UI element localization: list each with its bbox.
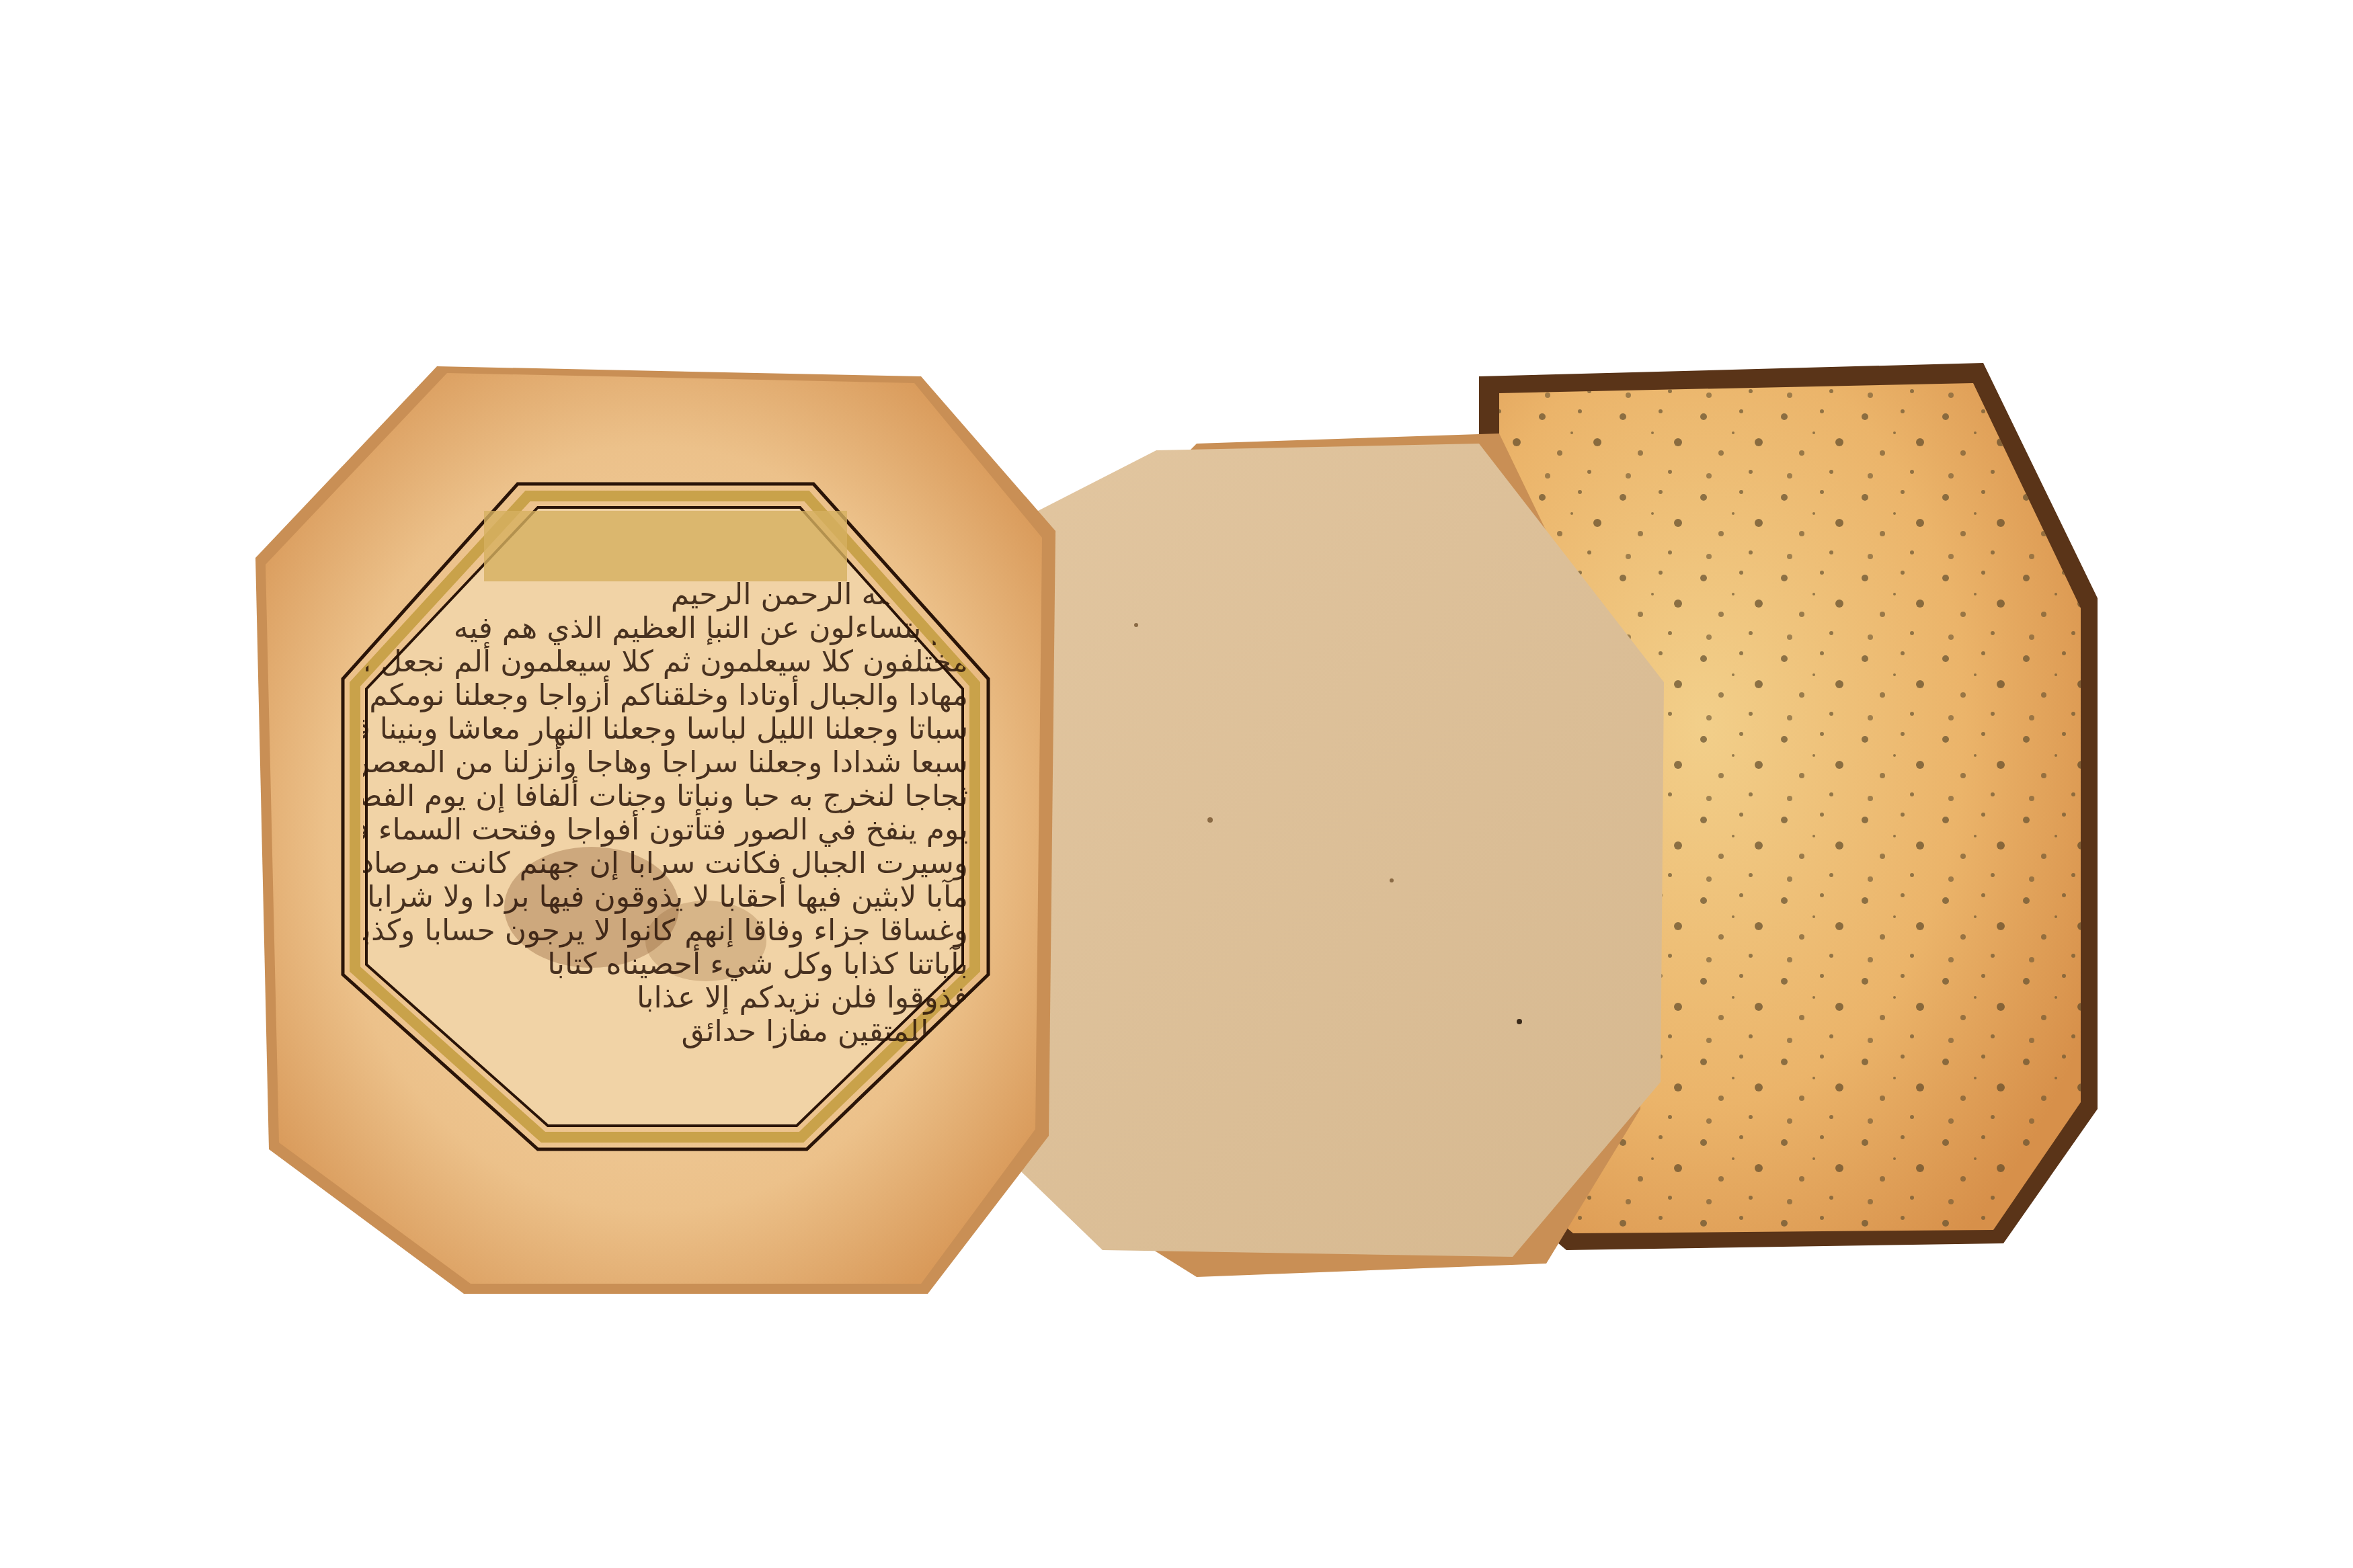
text-line: مختلفون كلا سيعلمون ثم كلا سيعلمون ألم ن…: [363, 645, 968, 679]
gold-header-band: [484, 511, 847, 581]
text-line: مهادا والجبال أوتادا وخلقناكم أزواجا وجع…: [363, 679, 968, 712]
arabic-text-block: بسم الله الرحمن الرحيم عم يتساءلون عن ال…: [363, 578, 968, 1089]
middle-blank-page: [1005, 444, 1664, 1257]
text-line: إن للمتقين مفازا حدائق: [363, 1015, 968, 1048]
text-line: مآبا لابثين فيها أحقابا لا يذوقون فيها ب…: [363, 880, 968, 914]
text-line: فذوقوا فلن نزيدكم إلا عذابا: [363, 981, 968, 1015]
text-line: سباتا وجعلنا الليل لباسا وجعلنا النهار م…: [363, 712, 968, 746]
text-line: وسيرت الجبال فكانت سرابا إن جهنم كانت مر…: [363, 847, 968, 880]
manuscript-photo: [0, 0, 2353, 1568]
text-line: سبعا شدادا وجعلنا سراجا وهاجا وأنزلنا من…: [363, 746, 968, 780]
text-line: عم يتساءلون عن النبإ العظيم الذي هم فيه: [363, 612, 968, 645]
text-line: وغساقا جزاء وفاقا إنهم كانوا لا يرجون حس…: [363, 914, 968, 948]
text-line: بآياتنا كذابا وكل شيء أحصيناه كتابا: [363, 948, 968, 981]
text-line: ثجاجا لنخرج به حبا ونباتا وجنات ألفافا إ…: [363, 780, 968, 813]
text-line: يوم ينفخ في الصور فتأتون أفواجا وفتحت ال…: [363, 813, 968, 847]
